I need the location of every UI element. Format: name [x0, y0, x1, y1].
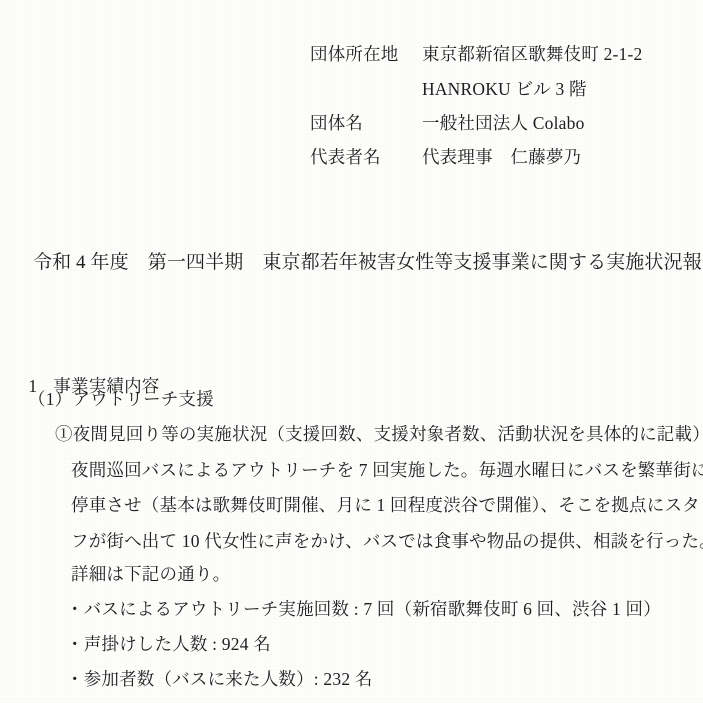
bullet-voice-count: ・声掛けした人数 : 924 名 — [66, 634, 271, 654]
org-name-row: 団体名一般社団法人 Colabo — [310, 113, 585, 133]
bullet-outreach-count: ・バスによるアウトリーチ実施回数 : 7 回（新宿歌舞伎町 6 回、渋谷 1 回… — [66, 599, 661, 619]
document-title: 令和 4 年度 第一四半期 東京都若年被害女性等支援事業に関する実施状況報告書 — [33, 252, 703, 274]
subsection-1-heading: （1）アウトリーチ支援 — [28, 389, 214, 409]
paragraph-line: フが街へ出て 10 代女性に声をかけ、バスでは食事や物品の提供、相談を行った。 — [71, 531, 703, 551]
org-building-value: HANROKU ビル 3 階 — [422, 79, 587, 99]
org-name-label: 団体名 — [310, 113, 422, 133]
paragraph-line: 詳細は下記の通り。 — [71, 564, 230, 584]
org-representative-value: 代表理事 仁藤夢乃 — [422, 147, 581, 167]
org-representative-row: 代表者名代表理事 仁藤夢乃 — [310, 147, 581, 167]
org-address-value: 東京都新宿区歌舞伎町 2-1-2 — [422, 44, 642, 64]
org-address2-label — [310, 79, 422, 99]
paragraph-line: 夜間巡回バスによるアウトリーチを 7 回実施した。毎週水曜日にバスを繁華街に — [71, 460, 703, 480]
document-page: 団体所在地東京都新宿区歌舞伎町 2-1-2 HANROKU ビル 3 階 団体名… — [0, 0, 703, 703]
org-address-row: 団体所在地東京都新宿区歌舞伎町 2-1-2 — [310, 44, 642, 64]
bullet-participant-count: ・参加者数（バスに来た人数）: 232 名 — [66, 669, 373, 689]
org-address-row2: HANROKU ビル 3 階 — [310, 79, 587, 99]
org-name-value: 一般社団法人 Colabo — [422, 113, 585, 133]
paragraph-line: 停車させ（基本は歌舞伎町開催、月に 1 回程度渋谷で開催）、そこを拠点にスタッ — [71, 495, 703, 515]
item-1-heading: ①夜間見回り等の実施状況（支援回数、支援対象者数、活動状況を具体的に記載） — [55, 424, 703, 444]
org-representative-label: 代表者名 — [310, 147, 422, 167]
org-address-label: 団体所在地 — [310, 44, 422, 64]
